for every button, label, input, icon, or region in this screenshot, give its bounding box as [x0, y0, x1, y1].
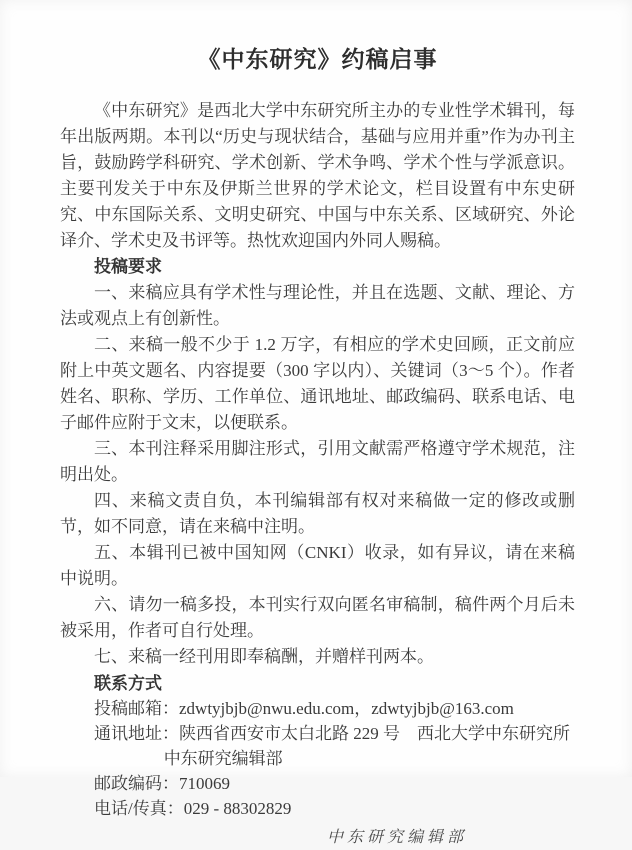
email-label: 投稿邮箱：	[94, 699, 179, 718]
submission-item-2: 二、来稿一般不少于 1.2 万字，有相应的学术史回顾，正文前应附上中英文题名、内…	[60, 332, 575, 436]
postcode-label: 邮政编码：	[94, 774, 179, 793]
contact-postcode-line: 邮政编码：710069	[60, 771, 575, 796]
intro-paragraph: 《中东研究》是西北大学中东研究所主办的专业性学术辑刊，每年出版两期。本刊以“历史…	[60, 98, 575, 254]
contact-email-line: 投稿邮箱：zdwtyjbjb@nwu.edu.com，zdwtyjbjb@163…	[60, 696, 575, 721]
contact-address-line2: 中东研究编辑部	[60, 746, 575, 771]
submission-item-7: 七、来稿一经刊用即奉稿酬，并赠样刊两本。	[60, 644, 575, 670]
contact-section: 联系方式 投稿邮箱：zdwtyjbjb@nwu.edu.com，zdwtyjbj…	[60, 671, 575, 821]
address-label: 通讯地址：	[94, 724, 179, 743]
notice-page: 《中东研究》约稿启事 《中东研究》是西北大学中东研究所主办的专业性学术辑刊，每年…	[0, 0, 632, 777]
submission-item-1: 一、来稿应具有学术性与理论性，并且在选题、文献、理论、方法或观点上有创新性。	[60, 280, 575, 332]
editorial-signature: 中东研究编辑部	[60, 826, 575, 850]
contact-address-line: 通讯地址：陕西省西安市太白北路 229 号 西北大学中东研究所	[60, 721, 575, 746]
phone-label: 电话/传真：	[94, 799, 184, 818]
contact-heading: 联系方式	[60, 671, 575, 696]
submission-item-6: 六、请勿一稿多投，本刊实行双向匿名审稿制，稿件两个月后未被采用，作者可自行处理。	[60, 592, 575, 644]
postcode-value: 710069	[179, 774, 230, 793]
email-value: zdwtyjbjb@nwu.edu.com，zdwtyjbjb@163.com	[179, 699, 514, 718]
address-value: 陕西省西安市太白北路 229 号 西北大学中东研究所	[179, 724, 570, 743]
page-title: 《中东研究》约稿启事	[60, 46, 575, 72]
submission-item-3: 三、本刊注释采用脚注形式，引用文献需严格遵守学术规范，注明出处。	[60, 436, 575, 488]
submission-requirements-heading: 投稿要求	[60, 254, 575, 280]
phone-value: 029 - 88302829	[184, 799, 292, 818]
submission-item-4: 四、来稿文责自负，本刊编辑部有权对来稿做一定的修改或删节，如不同意，请在来稿中注…	[60, 488, 575, 540]
contact-phone-line: 电话/传真：029 - 88302829	[60, 796, 575, 821]
submission-item-5: 五、本辑刊已被中国知网（CNKI）收录，如有异议，请在来稿中说明。	[60, 540, 575, 592]
